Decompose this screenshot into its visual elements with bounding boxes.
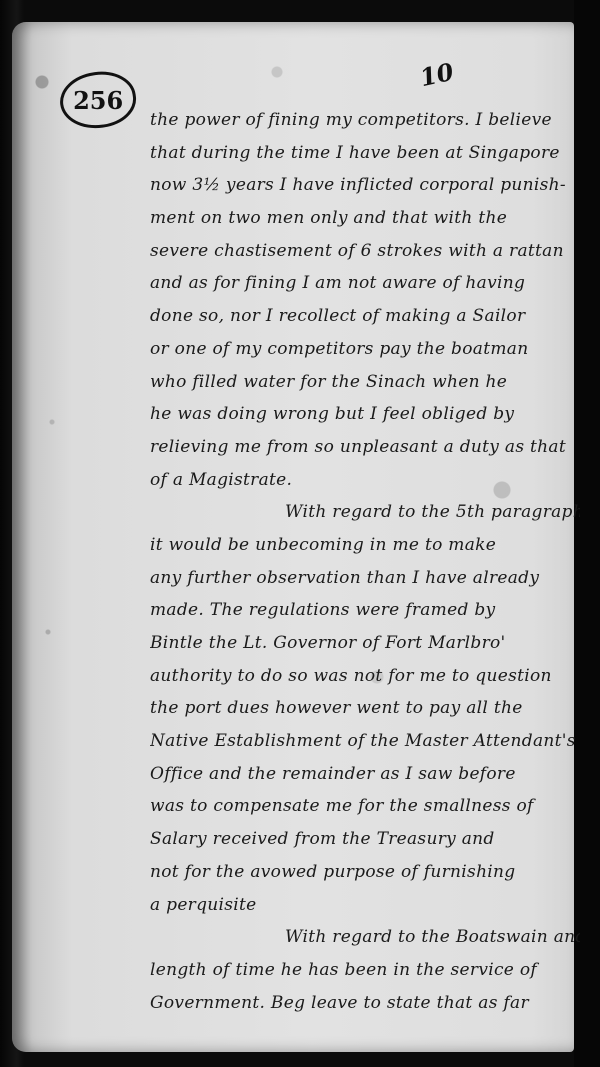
text-line: a perquisite	[150, 889, 580, 922]
text-line: done so, nor I recollect of making a Sai…	[150, 300, 580, 333]
text-line: Salary received from the Treasury and	[150, 823, 580, 856]
text-line: length of time he has been in the servic…	[150, 954, 580, 987]
text-line: Office and the remainder as I saw before	[150, 758, 580, 791]
text-line: the power of fining my competitors. I be…	[150, 104, 580, 137]
text-line: of a Magistrate.	[150, 464, 580, 497]
paragraph-start-line: With regard to the 5th paragraph	[150, 496, 580, 529]
text-line: any further observation than I have alre…	[150, 562, 580, 595]
text-line: relieving me from so unpleasant a duty a…	[150, 431, 580, 464]
text-line: Native Establishment of the Master Atten…	[150, 725, 580, 758]
text-line: authority to do so was not for me to que…	[150, 660, 580, 693]
text-line: it would be unbecoming in me to make	[150, 529, 580, 562]
text-line: now 3½ years I have inflicted corporal p…	[150, 169, 580, 202]
folio-number: 256	[73, 86, 123, 115]
text-line: made. The regulations were framed by	[150, 594, 580, 627]
handwritten-text: the power of fining my competitors. I be…	[150, 104, 580, 1019]
folio-number-circled: 256	[56, 67, 139, 133]
scanned-manuscript: 256 10 the power of fining my competitor…	[0, 0, 600, 1067]
text-line: severe chastisement of 6 strokes with a …	[150, 235, 580, 268]
text-line: he was doing wrong but I feel obliged by	[150, 398, 580, 431]
text-line: ment on two men only and that with the	[150, 202, 580, 235]
text-line: or one of my competitors pay the boatman	[150, 333, 580, 366]
text-line: Government. Beg leave to state that as f…	[150, 987, 580, 1020]
paragraph-start-line: With regard to the Boatswain and	[150, 921, 580, 954]
text-line: Bintle the Lt. Governor of Fort Marlbro'	[150, 627, 580, 660]
text-line: who filled water for the Sinach when he	[150, 366, 580, 399]
text-line: that during the time I have been at Sing…	[150, 137, 580, 170]
text-line: not for the avowed purpose of furnishing	[150, 856, 580, 889]
page-number: 10	[420, 56, 454, 92]
text-line: the port dues however went to pay all th…	[150, 692, 580, 725]
text-line: was to compensate me for the smallness o…	[150, 790, 580, 823]
text-line: and as for fining I am not aware of havi…	[150, 267, 580, 300]
